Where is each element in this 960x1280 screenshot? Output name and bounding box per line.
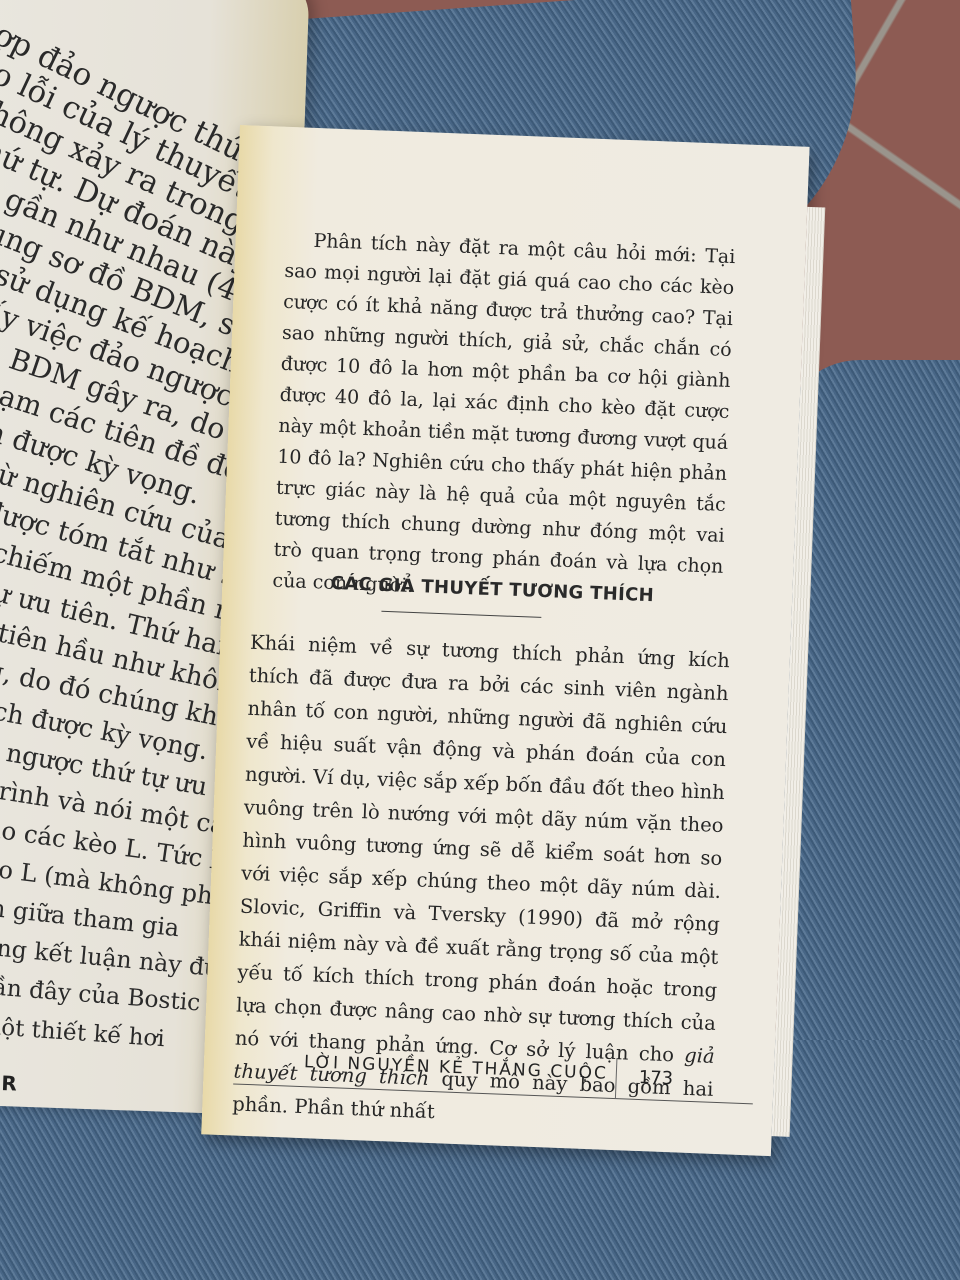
page-number: 173 — [638, 1067, 673, 1089]
left-running-footer: LER — [0, 1070, 19, 1096]
paragraph-1-text: Phân tích này đặt ra một câu hỏi mới: Tạ… — [272, 225, 736, 614]
paragraph-1: Phân tích này đặt ra một câu hỏi mới: Tạ… — [272, 225, 736, 614]
right-book-page: Phân tích này đặt ra một câu hỏi mới: Tạ… — [201, 125, 809, 1156]
paragraph-2-text-a: Khái niệm về sự tương thích phản ứng kíc… — [235, 631, 731, 1067]
footer-divider — [615, 1058, 618, 1098]
book-title-footer: LỜI NGUYỀN KẺ THẮNG CUỘC — [304, 1052, 608, 1084]
section-heading-rule — [381, 611, 541, 618]
